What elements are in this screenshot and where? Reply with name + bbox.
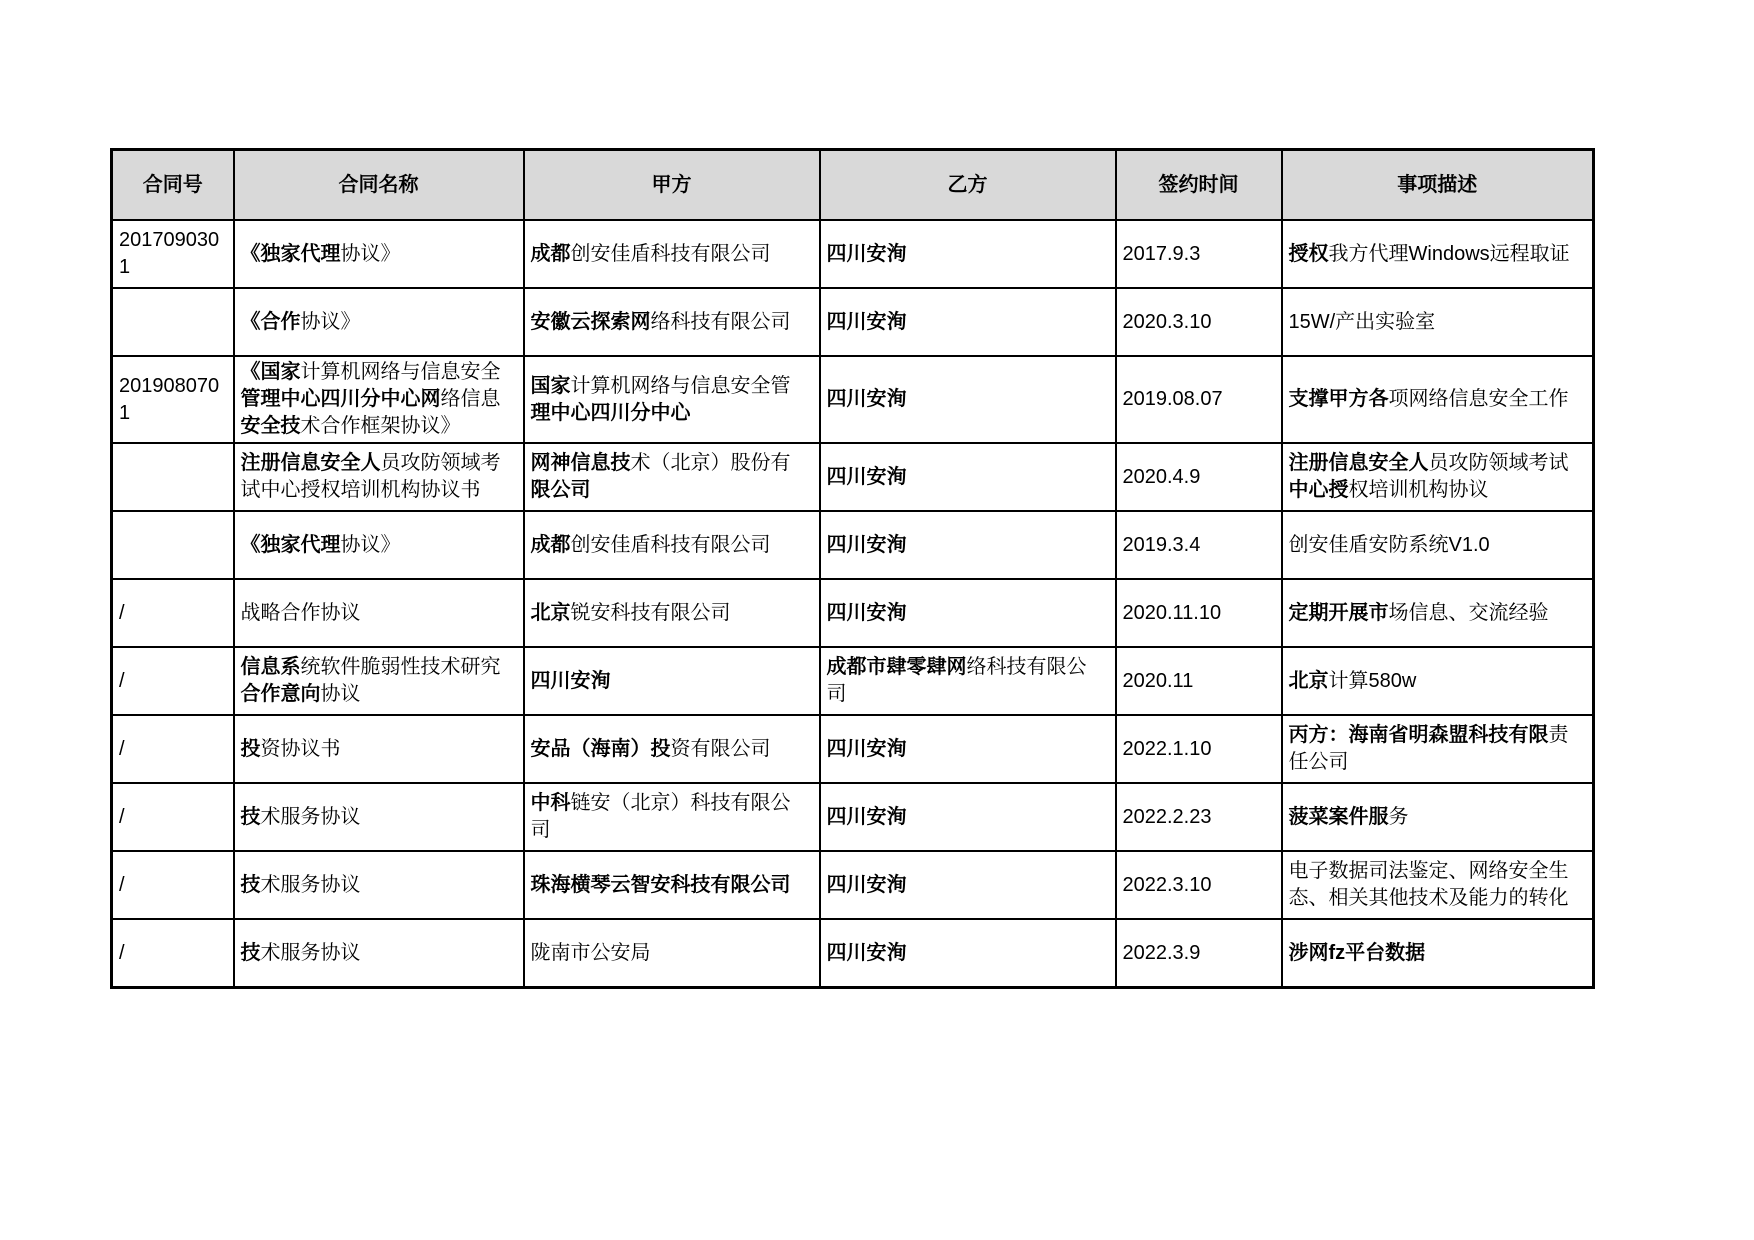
text-segment: 四川安洵 — [827, 243, 907, 265]
text-segment: 我方代理Windows远程取证 — [1329, 243, 1570, 265]
text-segment: 《独家代理 — [241, 534, 341, 556]
text-segment: 创安佳盾科技有限公司 — [571, 243, 771, 265]
text-segment: 北京 — [1289, 670, 1329, 692]
column-header-party_b: 乙方 — [820, 150, 1116, 221]
cell-name: 《国家计算机网络与信息安全管理中心四川分中心网络信息安全技术合作框架协议》 — [234, 356, 524, 443]
text-segment: 四川安洵 — [827, 534, 907, 556]
text-segment: 授权 — [1289, 243, 1329, 265]
cell-name: 《合作协议》 — [234, 288, 524, 356]
text-segment: 《合作 — [241, 311, 301, 333]
cell-name: 《独家代理协议》 — [234, 511, 524, 579]
text-segment: 四川安洵 — [827, 806, 907, 828]
cell-id: 2019080701 — [112, 356, 234, 443]
cell-description: 授权我方代理Windows远程取证 — [1282, 220, 1594, 288]
cell-name: 信息系统软件脆弱性技术研究合作意向协议 — [234, 647, 524, 715]
cell-id: 2017090301 — [112, 220, 234, 288]
text-segment: 珠海横琴云智安科技有限公司 — [531, 874, 791, 896]
cell-description: 15W/产出实验室 — [1282, 288, 1594, 356]
text-segment: 资有限公司 — [671, 738, 771, 760]
table-row: /战略合作协议北京锐安科技有限公司四川安洵2020.11.10定期开展市场信息、… — [112, 579, 1594, 647]
text-segment: 创安佳盾安防系统V1.0 — [1289, 534, 1490, 556]
text-segment: / — [119, 806, 125, 828]
cell-sign_date: 2022.3.10 — [1116, 851, 1282, 919]
cell-name: 注册信息安全人员攻防领域考试中心授权培训机构协议书 — [234, 443, 524, 511]
table-row: 2019080701《国家计算机网络与信息安全管理中心四川分中心网络信息安全技术… — [112, 356, 1594, 443]
text-segment: 计算机网络与信息安全 — [301, 361, 501, 383]
text-segment: 2022.3.10 — [1123, 874, 1212, 896]
table-row: /投资协议书安品（海南）投资有限公司四川安洵2022.1.10丙方：海南省明森盟… — [112, 715, 1594, 783]
text-segment: 四川安洵 — [827, 738, 907, 760]
cell-party_b: 四川安洵 — [820, 783, 1116, 851]
cell-id — [112, 288, 234, 356]
text-segment: 计算580w — [1329, 670, 1417, 692]
contracts-table-container: 合同号合同名称甲方乙方签约时间事项描述 2017090301《独家代理协议》成都… — [110, 148, 1595, 989]
text-segment: 技 — [241, 942, 261, 964]
cell-party_b: 成都市肆零肆网络科技有限公司 — [820, 647, 1116, 715]
text-segment: 2020.4.9 — [1123, 466, 1201, 488]
table-row: /技术服务协议珠海横琴云智安科技有限公司四川安洵2022.3.10电子数据司法鉴… — [112, 851, 1594, 919]
cell-description: 注册信息安全人员攻防领域考试中心授权培训机构协议 — [1282, 443, 1594, 511]
text-segment: 2019.08.07 — [1123, 388, 1223, 410]
text-segment: 协议》 — [341, 534, 401, 556]
cell-sign_date: 2019.3.4 — [1116, 511, 1282, 579]
text-segment: 术服务协议 — [261, 806, 361, 828]
cell-party_a: 陇南市公安局 — [524, 919, 820, 988]
column-header-id: 合同号 — [112, 150, 234, 221]
text-segment: 术服务协议 — [261, 874, 361, 896]
text-segment: / — [119, 670, 125, 692]
cell-name: 投资协议书 — [234, 715, 524, 783]
text-segment: 2020.11.10 — [1123, 602, 1222, 624]
text-segment: 2017.9.3 — [1123, 243, 1201, 265]
header-row: 合同号合同名称甲方乙方签约时间事项描述 — [112, 150, 1594, 221]
cell-name: 《独家代理协议》 — [234, 220, 524, 288]
cell-description: 涉网fz平台数据 — [1282, 919, 1594, 988]
cell-party_b: 四川安洵 — [820, 288, 1116, 356]
cell-sign_date: 2022.3.9 — [1116, 919, 1282, 988]
text-segment: 四川安洵 — [531, 670, 611, 692]
text-segment: 创安佳盾科技有限公司 — [571, 534, 771, 556]
text-segment: 统软件脆弱性技术研究 — [301, 656, 501, 678]
text-segment: 菠菜案件服 — [1289, 806, 1389, 828]
cell-description: 定期开展市场信息、交流经验 — [1282, 579, 1594, 647]
text-segment: 四川安洵 — [827, 942, 907, 964]
text-segment: 限公司 — [531, 479, 591, 501]
text-segment: 成都市肆零肆网 — [827, 656, 967, 678]
cell-id: / — [112, 647, 234, 715]
text-segment: 四川安洵 — [827, 466, 907, 488]
cell-name: 技术服务协议 — [234, 783, 524, 851]
cell-sign_date: 2019.08.07 — [1116, 356, 1282, 443]
cell-description: 支撑甲方各项网络信息安全工作 — [1282, 356, 1594, 443]
text-segment: 务 — [1389, 806, 1409, 828]
cell-name: 战略合作协议 — [234, 579, 524, 647]
cell-id — [112, 443, 234, 511]
text-segment: 国家 — [531, 375, 571, 397]
text-segment: 2017090301 — [119, 229, 219, 278]
cell-sign_date: 2020.11.10 — [1116, 579, 1282, 647]
cell-id: / — [112, 715, 234, 783]
text-segment: 安全技 — [241, 415, 301, 437]
text-segment: 2022.1.10 — [1123, 738, 1212, 760]
cell-party_a: 珠海横琴云智安科技有限公司 — [524, 851, 820, 919]
cell-party_a: 安徽云探索网络科技有限公司 — [524, 288, 820, 356]
text-segment: 术服务协议 — [261, 942, 361, 964]
cell-party_b: 四川安洵 — [820, 356, 1116, 443]
cell-id: / — [112, 919, 234, 988]
text-segment: 成都 — [531, 534, 571, 556]
column-header-sign_date: 签约时间 — [1116, 150, 1282, 221]
cell-party_a: 国家计算机网络与信息安全管理中心四川分中心 — [524, 356, 820, 443]
cell-party_a: 北京锐安科技有限公司 — [524, 579, 820, 647]
cell-description: 菠菜案件服务 — [1282, 783, 1594, 851]
text-segment: 络科技有限公司 — [651, 311, 791, 333]
text-segment: 2022.2.23 — [1123, 806, 1212, 828]
text-segment: / — [119, 874, 125, 896]
cell-sign_date: 2020.4.9 — [1116, 443, 1282, 511]
cell-id — [112, 511, 234, 579]
text-segment: 四川安洵 — [827, 388, 907, 410]
text-segment: 2020.3.10 — [1123, 311, 1212, 333]
text-segment: 《独家代理 — [241, 243, 341, 265]
text-segment: 术（北京）股份有 — [631, 452, 791, 474]
text-segment: 战略合作协议 — [241, 602, 361, 624]
text-segment: 协议》 — [301, 311, 361, 333]
text-segment: / — [119, 738, 125, 760]
text-segment: 15W/产出实验室 — [1289, 311, 1436, 333]
text-segment: 中心授 — [1289, 479, 1349, 501]
table-header: 合同号合同名称甲方乙方签约时间事项描述 — [112, 150, 1594, 221]
text-segment: 2019.3.4 — [1123, 534, 1201, 556]
column-header-description: 事项描述 — [1282, 150, 1594, 221]
text-segment: 北京 — [531, 602, 571, 624]
cell-party_a: 网神信息技术（北京）股份有限公司 — [524, 443, 820, 511]
cell-description: 丙方：海南省明森盟科技有限责任公司 — [1282, 715, 1594, 783]
table-row: 《独家代理协议》成都创安佳盾科技有限公司四川安洵2019.3.4创安佳盾安防系统… — [112, 511, 1594, 579]
cell-sign_date: 2017.9.3 — [1116, 220, 1282, 288]
text-segment: 《国家 — [241, 361, 301, 383]
text-segment: 技 — [241, 806, 261, 828]
cell-sign_date: 2020.3.10 — [1116, 288, 1282, 356]
cell-party_b: 四川安洵 — [820, 579, 1116, 647]
document-page: { "colors": { "header_bg": "#d9d9d9", "g… — [0, 0, 1754, 1240]
text-segment: 权培训机构协议 — [1349, 479, 1489, 501]
cell-sign_date: 2022.2.23 — [1116, 783, 1282, 851]
cell-party_b: 四川安洵 — [820, 715, 1116, 783]
text-segment: 资协议书 — [261, 738, 341, 760]
text-segment: 合作意向 — [241, 683, 321, 705]
text-segment: 员攻防领域考试 — [1429, 452, 1569, 474]
text-segment: 四川安洵 — [827, 311, 907, 333]
text-segment: 2020.11 — [1123, 670, 1194, 692]
text-segment: 电子数据司法鉴定、网络安全生态、相关其他技术及能力的转化 — [1289, 860, 1569, 909]
text-segment: 2022.3.9 — [1123, 942, 1201, 964]
text-segment: 定期开展市 — [1289, 602, 1389, 624]
text-segment: 涉网fz平台数据 — [1289, 942, 1426, 964]
cell-party_b: 四川安洵 — [820, 919, 1116, 988]
cell-name: 技术服务协议 — [234, 919, 524, 988]
text-segment: 安徽云探索网 — [531, 311, 651, 333]
cell-sign_date: 2020.11 — [1116, 647, 1282, 715]
text-segment: 场信息、交流经验 — [1389, 602, 1549, 624]
text-segment: / — [119, 942, 125, 964]
text-segment: 2019080701 — [119, 375, 219, 424]
text-segment: 技 — [241, 874, 261, 896]
column-header-party_a: 甲方 — [524, 150, 820, 221]
table-row: /技术服务协议陇南市公安局四川安洵2022.3.9涉网fz平台数据 — [112, 919, 1594, 988]
table-row: 《合作协议》安徽云探索网络科技有限公司四川安洵2020.3.1015W/产出实验… — [112, 288, 1594, 356]
text-segment: 投 — [241, 738, 261, 760]
cell-party_b: 四川安洵 — [820, 511, 1116, 579]
text-segment: 理中心四川分中心 — [531, 402, 691, 424]
cell-party_a: 四川安洵 — [524, 647, 820, 715]
text-segment: 计算机网络与信息安全管 — [571, 375, 791, 397]
cell-id: / — [112, 783, 234, 851]
text-segment: 成都 — [531, 243, 571, 265]
text-segment: 锐安科技有限公司 — [571, 602, 731, 624]
text-segment: 四川安洵 — [827, 874, 907, 896]
cell-party_b: 四川安洵 — [820, 220, 1116, 288]
cell-party_a: 成都创安佳盾科技有限公司 — [524, 511, 820, 579]
cell-party_a: 安品（海南）投资有限公司 — [524, 715, 820, 783]
contracts-table: 合同号合同名称甲方乙方签约时间事项描述 2017090301《独家代理协议》成都… — [110, 148, 1595, 989]
text-segment: 中科 — [531, 792, 571, 814]
text-segment: 陇南市公安局 — [531, 942, 651, 964]
text-segment: 注册信息安全人 — [241, 452, 381, 474]
cell-sign_date: 2022.1.10 — [1116, 715, 1282, 783]
text-segment: 支撑甲方各 — [1289, 388, 1389, 410]
text-segment: 络信息 — [441, 388, 501, 410]
text-segment: 协议 — [321, 683, 361, 705]
cell-id: / — [112, 579, 234, 647]
cell-id: / — [112, 851, 234, 919]
text-segment: 协议》 — [341, 243, 401, 265]
table-row: 注册信息安全人员攻防领域考试中心授权培训机构协议书网神信息技术（北京）股份有限公… — [112, 443, 1594, 511]
text-segment: 项网络信息安全工作 — [1389, 388, 1569, 410]
text-segment: 注册信息安全人 — [1289, 452, 1429, 474]
text-segment: 安品（海南）投 — [531, 738, 671, 760]
text-segment: 术合作框架协议》 — [301, 415, 461, 437]
text-segment: 四川安洵 — [827, 602, 907, 624]
text-segment: / — [119, 602, 125, 624]
cell-description: 创安佳盾安防系统V1.0 — [1282, 511, 1594, 579]
cell-party_b: 四川安洵 — [820, 443, 1116, 511]
contracts-table-body: 2017090301《独家代理协议》成都创安佳盾科技有限公司四川安洵2017.9… — [112, 220, 1594, 988]
table-row: 2017090301《独家代理协议》成都创安佳盾科技有限公司四川安洵2017.9… — [112, 220, 1594, 288]
cell-description: 北京计算580w — [1282, 647, 1594, 715]
text-segment: 信息系 — [241, 656, 301, 678]
text-segment: 管理中心四川分中心网 — [241, 388, 441, 410]
cell-party_a: 成都创安佳盾科技有限公司 — [524, 220, 820, 288]
column-header-name: 合同名称 — [234, 150, 524, 221]
cell-party_a: 中科链安（北京）科技有限公司 — [524, 783, 820, 851]
text-segment: 网神信息技 — [531, 452, 631, 474]
cell-party_b: 四川安洵 — [820, 851, 1116, 919]
table-row: /信息系统软件脆弱性技术研究合作意向协议四川安洵成都市肆零肆网络科技有限公司20… — [112, 647, 1594, 715]
cell-name: 技术服务协议 — [234, 851, 524, 919]
table-row: /技术服务协议中科链安（北京）科技有限公司四川安洵2022.2.23菠菜案件服务 — [112, 783, 1594, 851]
cell-description: 电子数据司法鉴定、网络安全生态、相关其他技术及能力的转化 — [1282, 851, 1594, 919]
text-segment: 丙方：海南省明森盟科技有限 — [1289, 724, 1549, 746]
